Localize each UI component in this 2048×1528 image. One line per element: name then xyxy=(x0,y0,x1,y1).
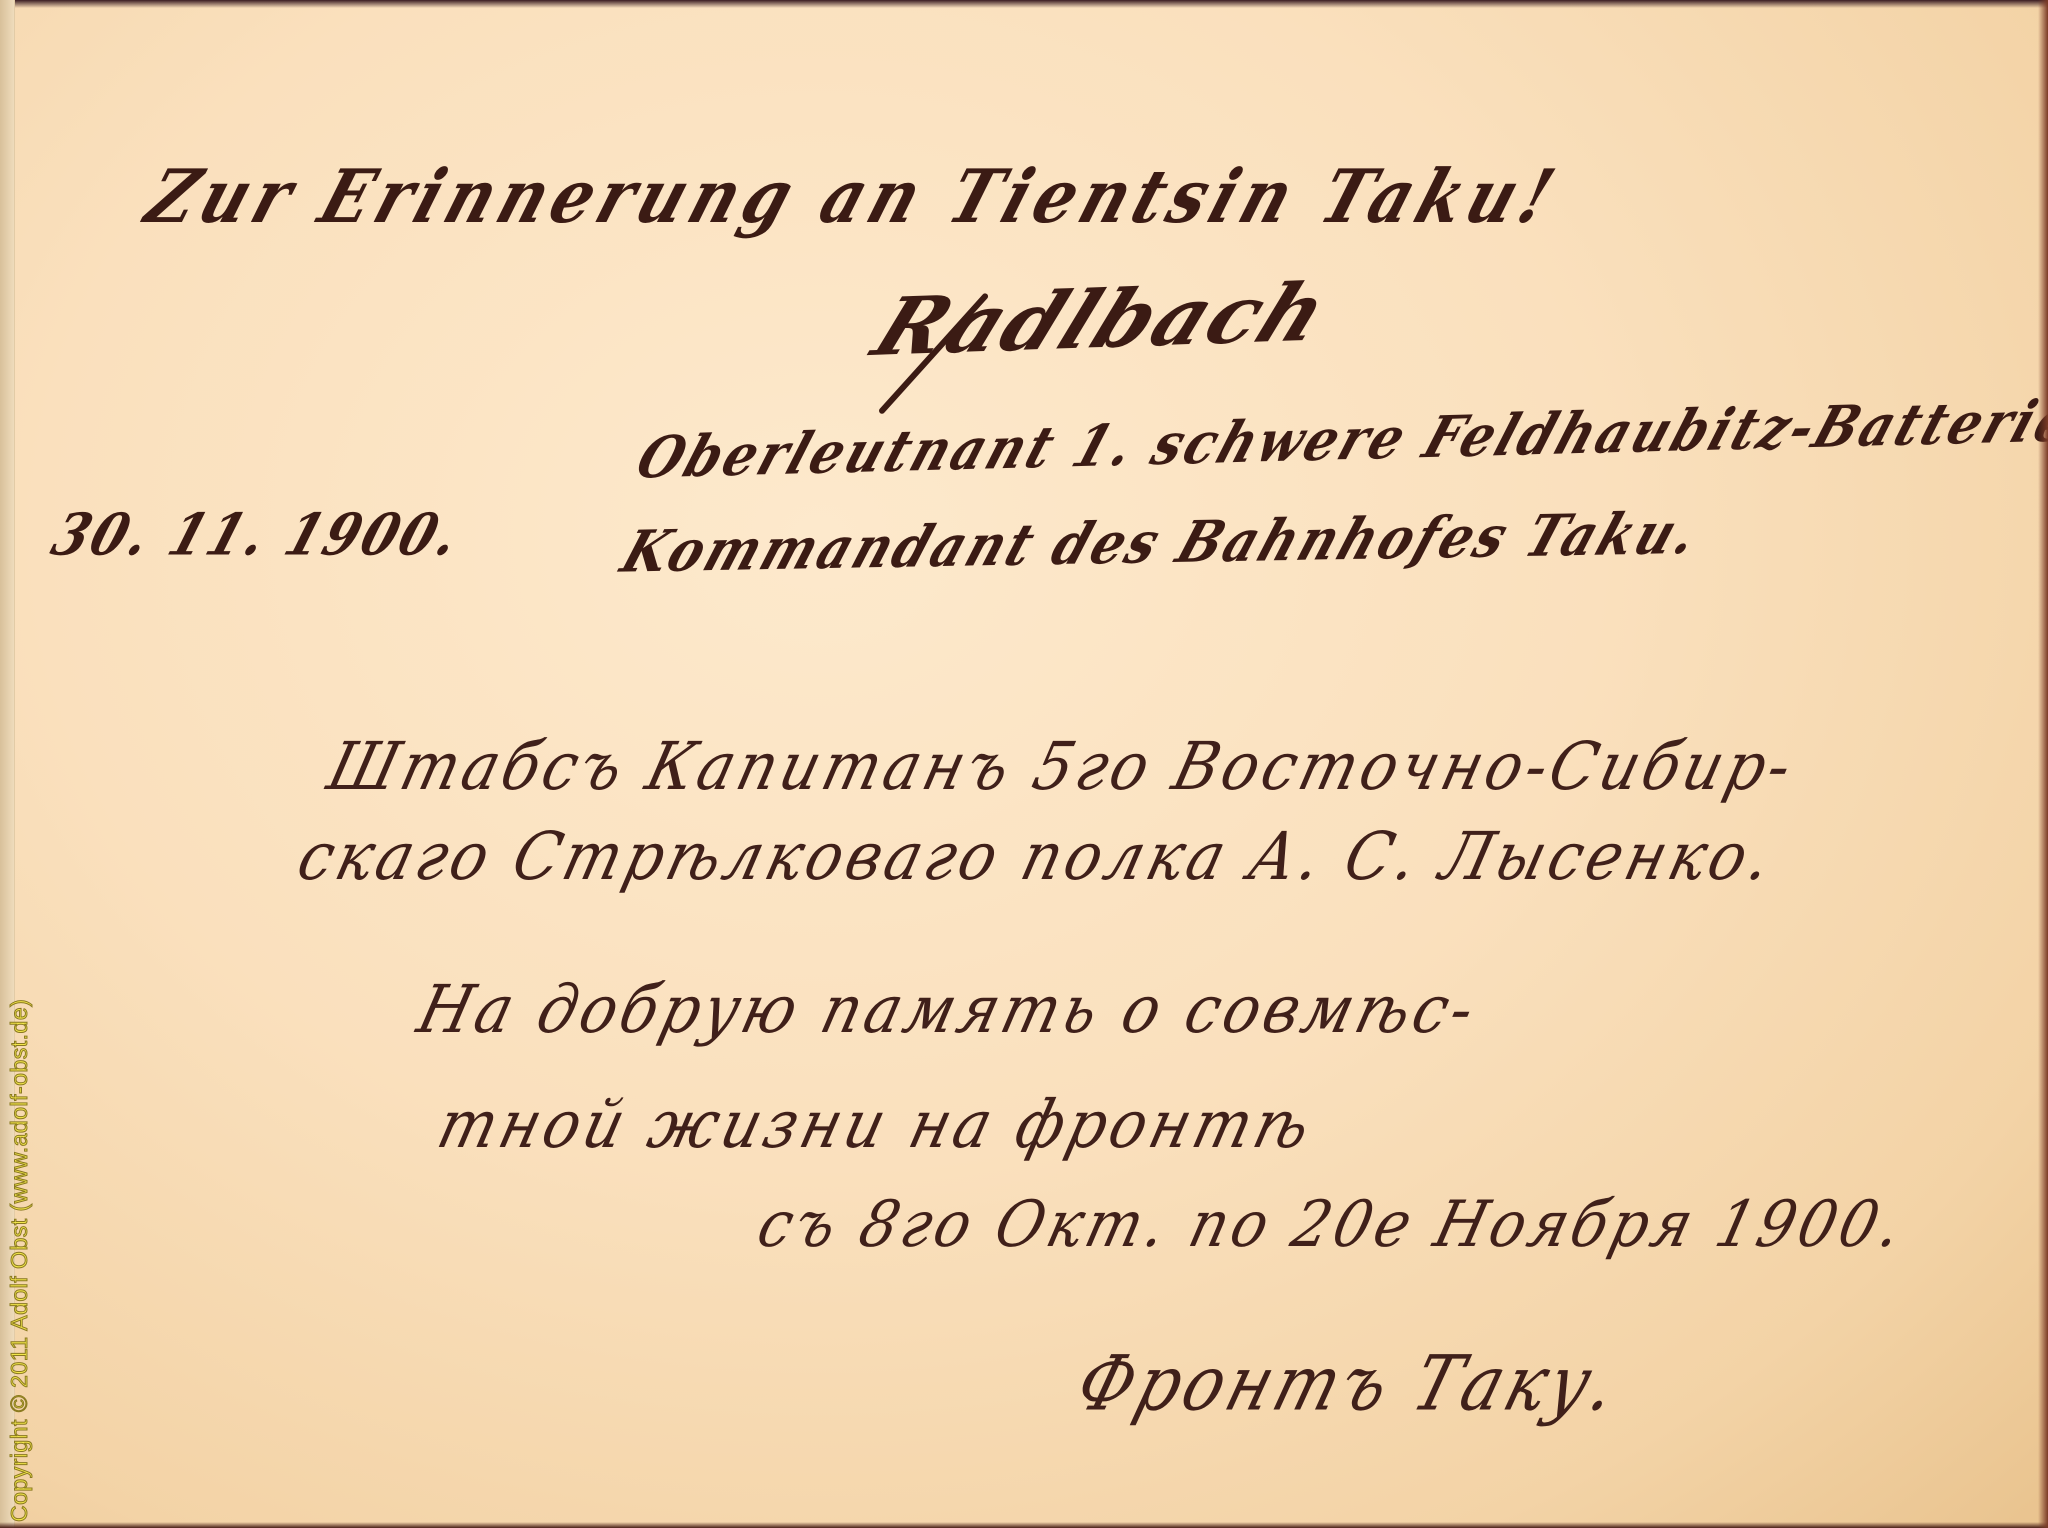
german-date: 30. 11. 1900. xyxy=(44,501,470,569)
german-signature: Radlbach xyxy=(861,265,1343,374)
album-page: Zur Erinnerung an Tientsin Taku! Radlbac… xyxy=(0,0,2048,1528)
german-rank-line: Oberleutnant 1. schwere Feldhaubitz-Batt… xyxy=(629,386,2048,492)
russian-line-4: тной жизни на фронтѣ xyxy=(430,1087,1321,1164)
russian-line-5: съ 8го Окт. по 20е Ноября 1900. xyxy=(751,1187,1913,1262)
copyright-watermark: Copyright © 2011 Adolf Obst (www.adolf-o… xyxy=(6,999,33,1522)
russian-line-2: скаго Стрѣлковаго полка А. С. Лысенко. xyxy=(290,819,1782,896)
russian-line-1: Штабсъ Капитанъ 5го Восточно-Сибир- xyxy=(320,729,1803,806)
german-greeting: Zur Erinnerung an Tientsin Taku! xyxy=(136,154,1570,240)
russian-signature: Фронтъ Таку. xyxy=(1067,1339,1630,1428)
russian-line-3: На добрую память о совмѣс- xyxy=(410,972,1485,1049)
german-command-line: Kommandant des Bahnhofes Taku. xyxy=(613,499,1709,585)
page-bottom-edge xyxy=(0,1522,2048,1528)
